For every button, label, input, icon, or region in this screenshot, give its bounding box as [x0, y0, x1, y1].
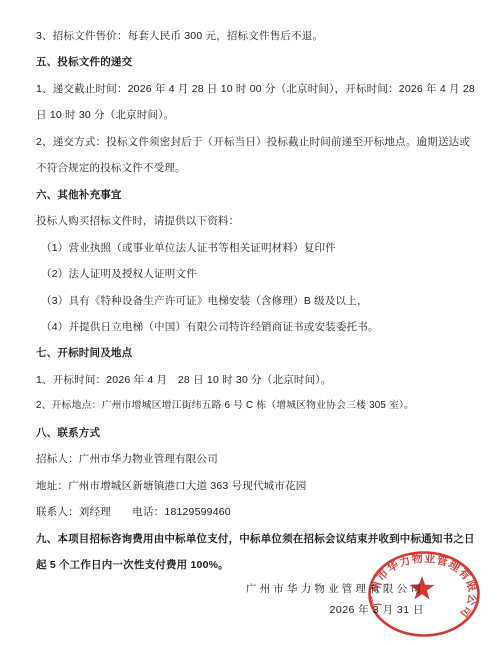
section-heading: 六、其他补充事宜 — [36, 182, 466, 208]
section-heading: 七、开标时间及地点 — [36, 340, 466, 366]
section-heading: 八、联系方式 — [36, 420, 466, 446]
doc-list-item: （4）并提供日立电梯（中国）有限公司特许经销商证书或安装委托书。 — [36, 314, 466, 340]
signature-company: 广州市华力物业管理有限公司 — [36, 579, 424, 599]
doc-list-item: （1）营业执照（或事业单位法人证书等相关证明材料）复印件 — [36, 235, 466, 261]
doc-line: 日 10 时 30 分（北京时间）。 — [36, 102, 466, 128]
signature-date: 2026 年 3 月 31 日 — [36, 599, 424, 621]
doc-line: 1、递交截止时间：2026 年 4 月 28 日 10 时 00 分（北京时间）… — [36, 76, 466, 102]
doc-list-item: （3）具有《特种设备生产许可证》电梯安装（含修理）B 级及以上， — [36, 288, 466, 314]
document-page: 3、招标文件售价：每套人民币 300 元，招标文件售后不退。 五、投标文件的递交… — [0, 0, 500, 645]
doc-line: 招标人：广州市华力物业管理有限公司 — [36, 446, 466, 472]
doc-line: 投标人购买招标文件时，请提供以下资料： — [36, 208, 466, 234]
doc-line: 联系人：刘经理 电话：18129599460 — [36, 499, 466, 525]
doc-line: 地址：广州市增城区新塘镇港口大道 363 号现代城市花园 — [36, 473, 466, 499]
doc-line: 2、递交方式：投标文件须密封后于（开标当日）投标截止时间前递至开标地点。逾期送达… — [36, 129, 466, 155]
doc-line: 起 5 个工作日内一次性支付费用 100%。 — [36, 552, 466, 578]
section-heading: 五、投标文件的递交 — [36, 49, 466, 75]
document-body: 3、招标文件售价：每套人民币 300 元，招标文件售后不退。 五、投标文件的递交… — [0, 0, 500, 621]
signature-block: 广州市华力物业管理有限公司 2026 年 3 月 31 日 — [36, 579, 466, 621]
doc-line: 2、开标地点：广州市增城区增江街纬五路 6 号 C 栋（增城区物业协会三楼 30… — [36, 393, 466, 419]
doc-line: 不符合规定的投标文件不受理。 — [36, 155, 466, 181]
doc-line: 3、招标文件售价：每套人民币 300 元，招标文件售后不退。 — [36, 23, 466, 49]
doc-line: 1、开标时间：2026 年 4 月 28 日 10 时 30 分（北京时间）。 — [36, 367, 466, 393]
doc-line: 九、本项目招标咨询费用由中标单位支付，中标单位须在招标会议结束并收到中标通知书之… — [36, 526, 466, 552]
doc-list-item: （2）法人证明及授权人证明文件 — [36, 261, 466, 287]
